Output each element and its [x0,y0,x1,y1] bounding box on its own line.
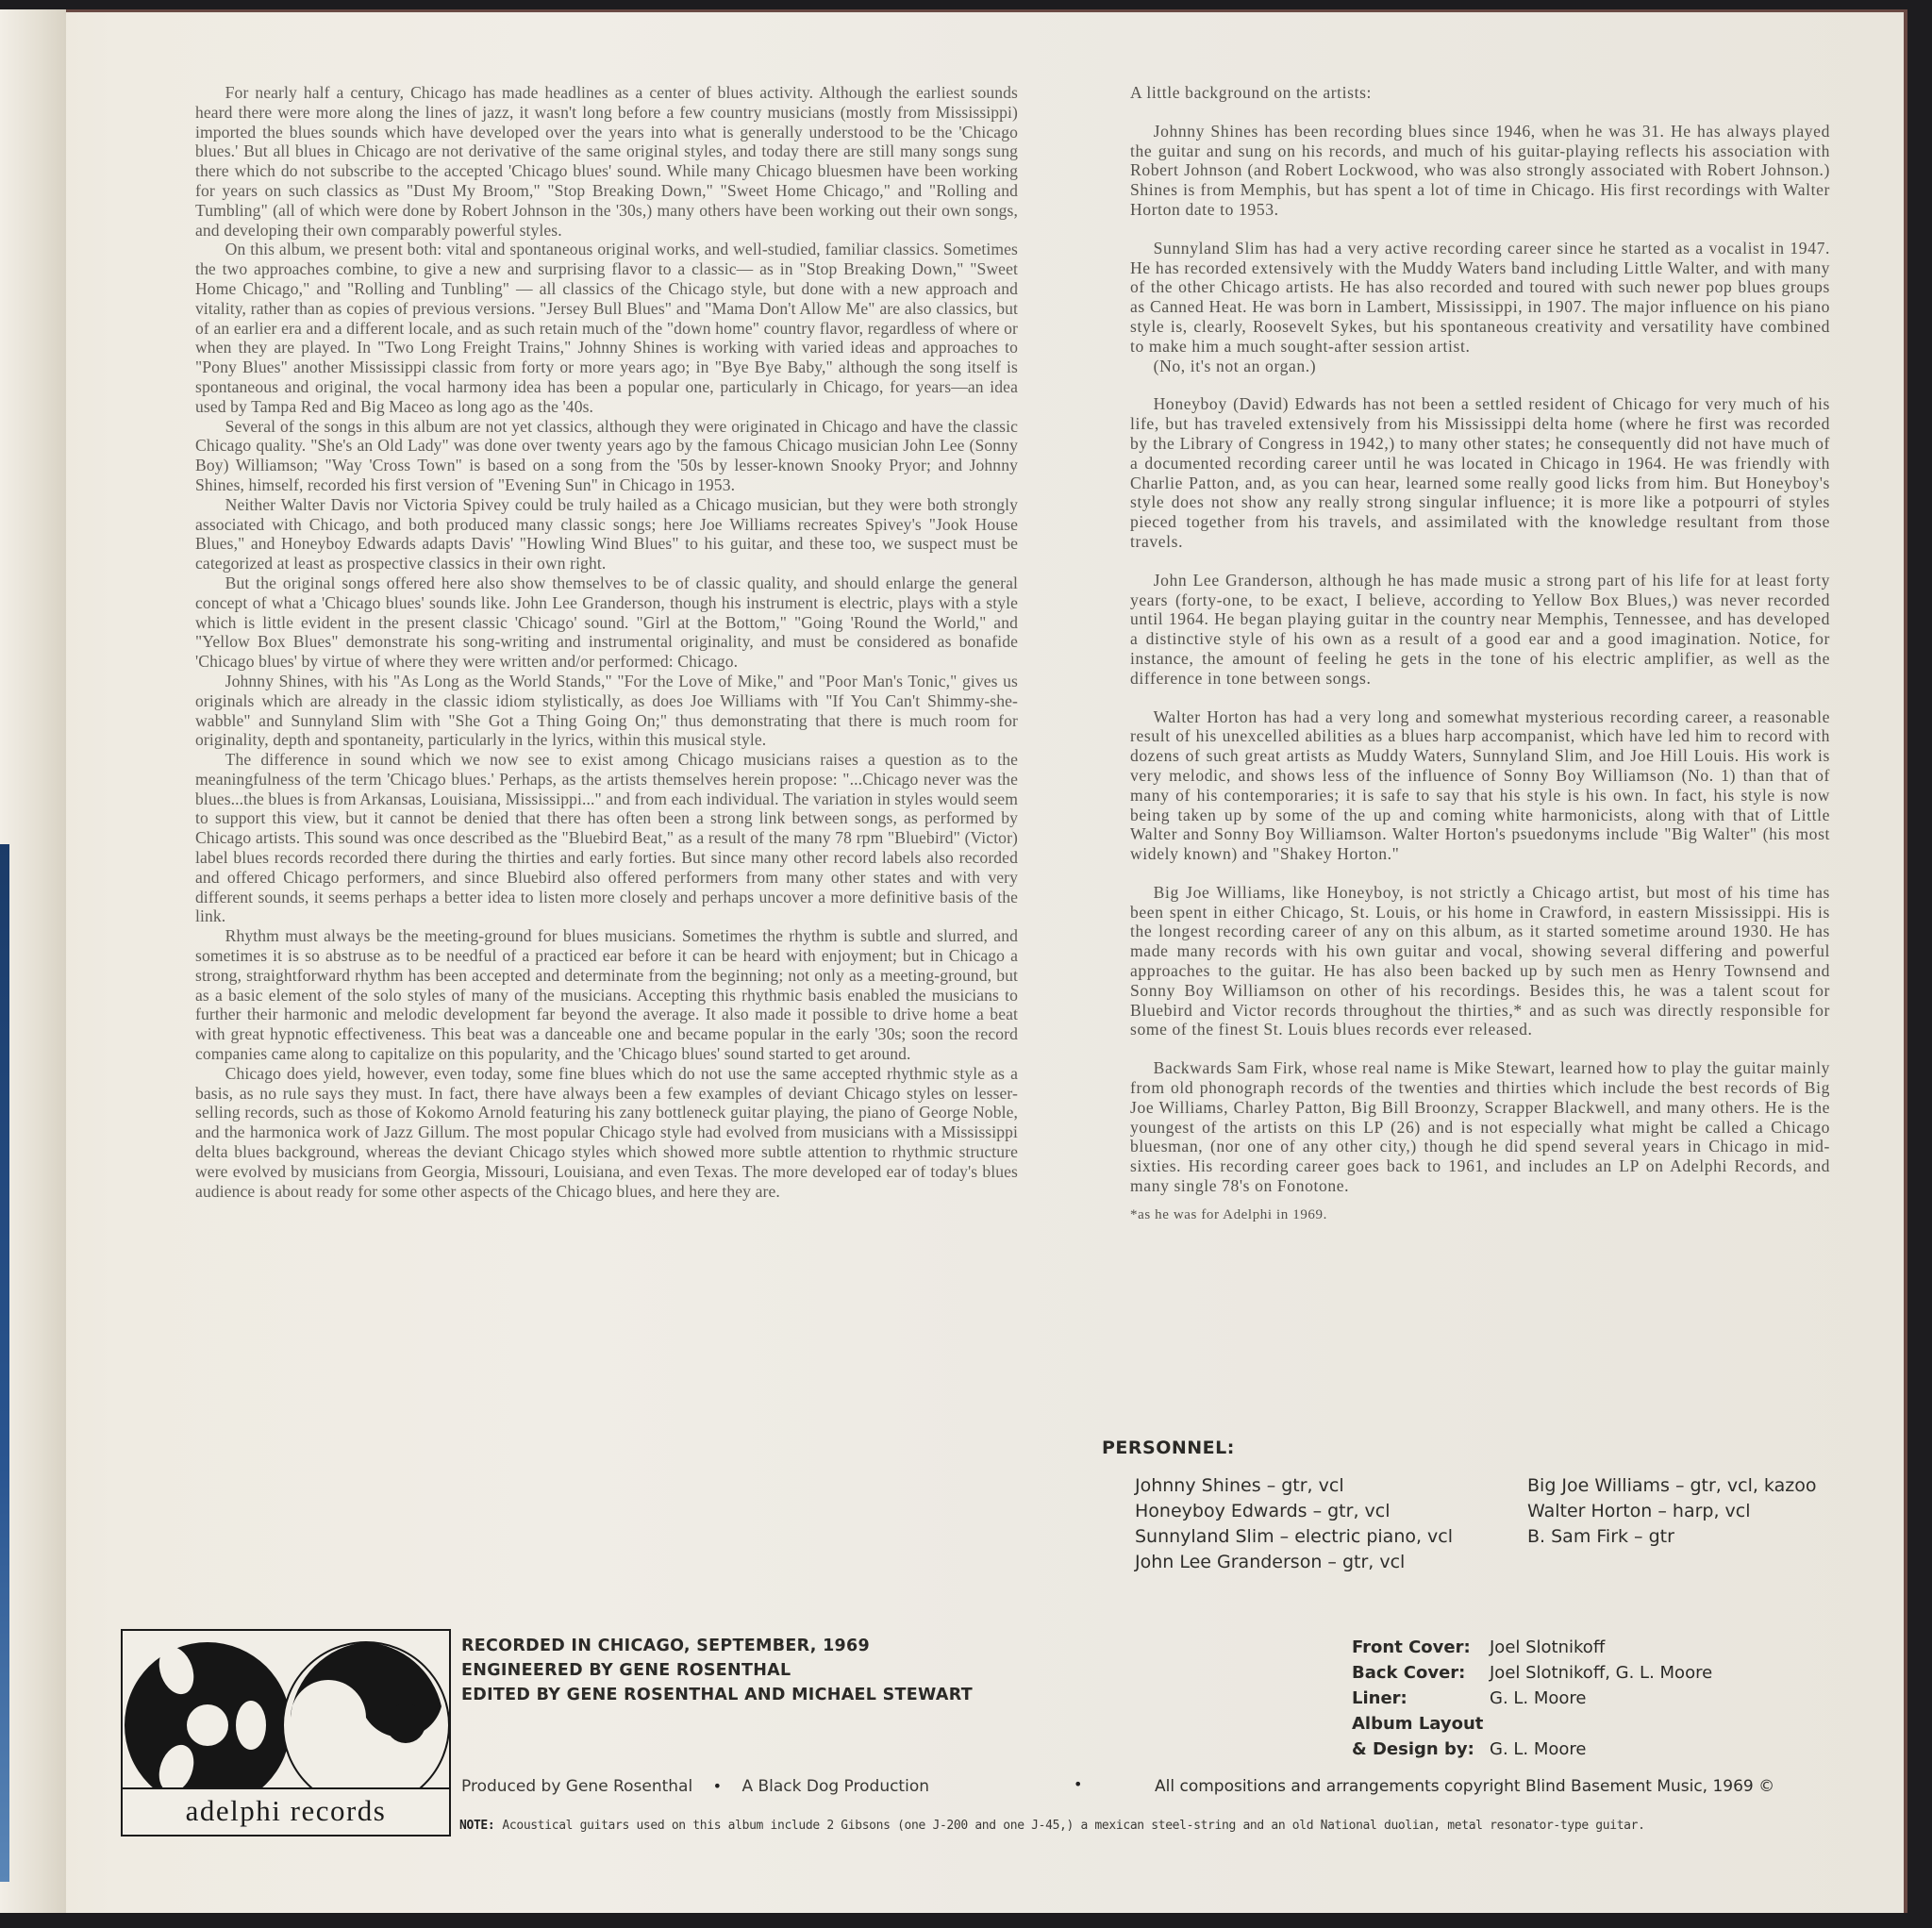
art-credit-row: Liner: G. L. Moore [1352,1686,1712,1711]
liner-paragraph: Chicago does yield, however, even today,… [195,1064,1018,1202]
background-edge [0,1913,1907,1928]
art-credit-value: G. L. Moore [1490,1737,1587,1762]
personnel-item: John Lee Granderson – gtr, vcl [1135,1550,1453,1575]
bio-sam-firk: Backwards Sam Firk, whose real name is M… [1130,1058,1830,1196]
art-credit-value: G. L. Moore [1490,1686,1587,1711]
personnel-item: B. Sam Firk – gtr [1527,1524,1816,1550]
art-credit-label: & Design by: [1352,1737,1490,1762]
art-credit-row: Album Layout [1352,1711,1712,1737]
production-company: A Black Dog Production [741,1777,929,1796]
art-credit-label: Liner: [1352,1686,1490,1711]
liner-paragraph: The difference in sound which we now see… [195,750,1018,926]
spine-fold [0,9,66,1917]
label-name: adelphi records [123,1789,449,1833]
art-credit-row: Front Cover: Joel Slotnikoff [1352,1635,1712,1660]
art-credits: Front Cover: Joel Slotnikoff Back Cover:… [1352,1635,1712,1762]
bio-john-lee-granderson: John Lee Granderson, although he has mad… [1130,571,1830,689]
footnote: *as he was for Adelphi in 1969. [1130,1205,1830,1225]
produced-by: Produced by Gene Rosenthal [461,1777,692,1796]
recording-credit-line: ENGINEERED BY GENE ROSENTHAL [461,1658,973,1683]
art-credit-label: Back Cover: [1352,1660,1490,1686]
personnel-item: Sunnyland Slim – electric piano, vcl [1135,1524,1453,1550]
personnel-item: Big Joe Williams – gtr, vcl, kazoo [1527,1473,1816,1499]
art-credit-value: Joel Slotnikoff, G. L. Moore [1490,1660,1712,1686]
personnel-column-2: Big Joe Williams – gtr, vcl, kazoo Walte… [1527,1473,1816,1550]
note-text: Acoustical guitars used on this album in… [502,1819,1644,1833]
personnel-item: Walter Horton – harp, vcl [1527,1499,1816,1524]
bios-intro: A little background on the artists: [1130,83,1830,103]
personnel-heading: PERSONNEL: [1102,1438,1235,1458]
bio-big-joe-williams: Big Joe Williams, like Honeyboy, is not … [1130,883,1830,1039]
artist-bios: A little background on the artists: John… [1130,83,1830,1244]
recording-credit-line: EDITED BY GENE ROSENTHAL AND MICHAEL STE… [461,1683,973,1707]
liner-paragraph: Several of the songs in this album are n… [195,417,1018,495]
organ-aside: (No, it's not an organ.) [1130,357,1830,376]
production-line: Produced by Gene Rosenthal • A Black Dog… [461,1777,929,1796]
personnel-item: Johnny Shines – gtr, vcl [1135,1473,1453,1499]
note-label: NOTE: [459,1819,494,1833]
personnel-item: Honeyboy Edwards – gtr, vcl [1135,1499,1453,1524]
personnel-column-1: Johnny Shines – gtr, vcl Honeyboy Edward… [1135,1473,1453,1575]
art-credit-label: Front Cover: [1352,1635,1490,1660]
bio-sunnyland-slim: Sunnyland Slim has had a very active rec… [1130,239,1830,357]
copyright-notice: All compositions and arrangements copyri… [1155,1777,1774,1796]
recording-credit-line: RECORDED IN CHICAGO, SEPTEMBER, 1969 [461,1634,973,1658]
art-credit-row: Back Cover: Joel Slotnikoff, G. L. Moore [1352,1660,1712,1686]
liner-paragraph: Johnny Shines, with his "As Long as the … [195,672,1018,750]
front-cover-edge [0,844,9,1882]
bio-honeyboy-edwards: Honeyboy (David) Edwards has not been a … [1130,394,1830,551]
bullet-icon: • [1074,1775,1082,1793]
liner-paragraph: On this album, we present both: vital an… [195,240,1018,416]
bio-walter-horton: Walter Horton has had a very long and so… [1130,707,1830,864]
liner-paragraph: For nearly half a century, Chicago has m… [195,83,1018,240]
liner-paragraph: Rhythm must always be the meeting-ground… [195,926,1018,1064]
adelphi-logo: adelphi records [121,1629,451,1837]
bio-johnny-shines: Johnny Shines has been recording blues s… [1130,122,1830,220]
tape-reels-logo-icon [123,1631,449,1789]
art-credit-value: Joel Slotnikoff [1490,1635,1605,1660]
recording-credits: RECORDED IN CHICAGO, SEPTEMBER, 1969 ENG… [461,1634,973,1707]
liner-paragraph: But the original songs offered here also… [195,573,1018,672]
liner-paragraph: Neither Walter Davis nor Victoria Spivey… [195,495,1018,573]
art-credit-label: Album Layout [1352,1711,1490,1737]
guitar-note: NOTE:Acoustical guitars used on this alb… [459,1819,1645,1833]
art-credit-row: & Design by: G. L. Moore [1352,1737,1712,1762]
liner-notes-left: For nearly half a century, Chicago has m… [195,83,1018,1201]
bullet-icon: • [713,1777,722,1795]
